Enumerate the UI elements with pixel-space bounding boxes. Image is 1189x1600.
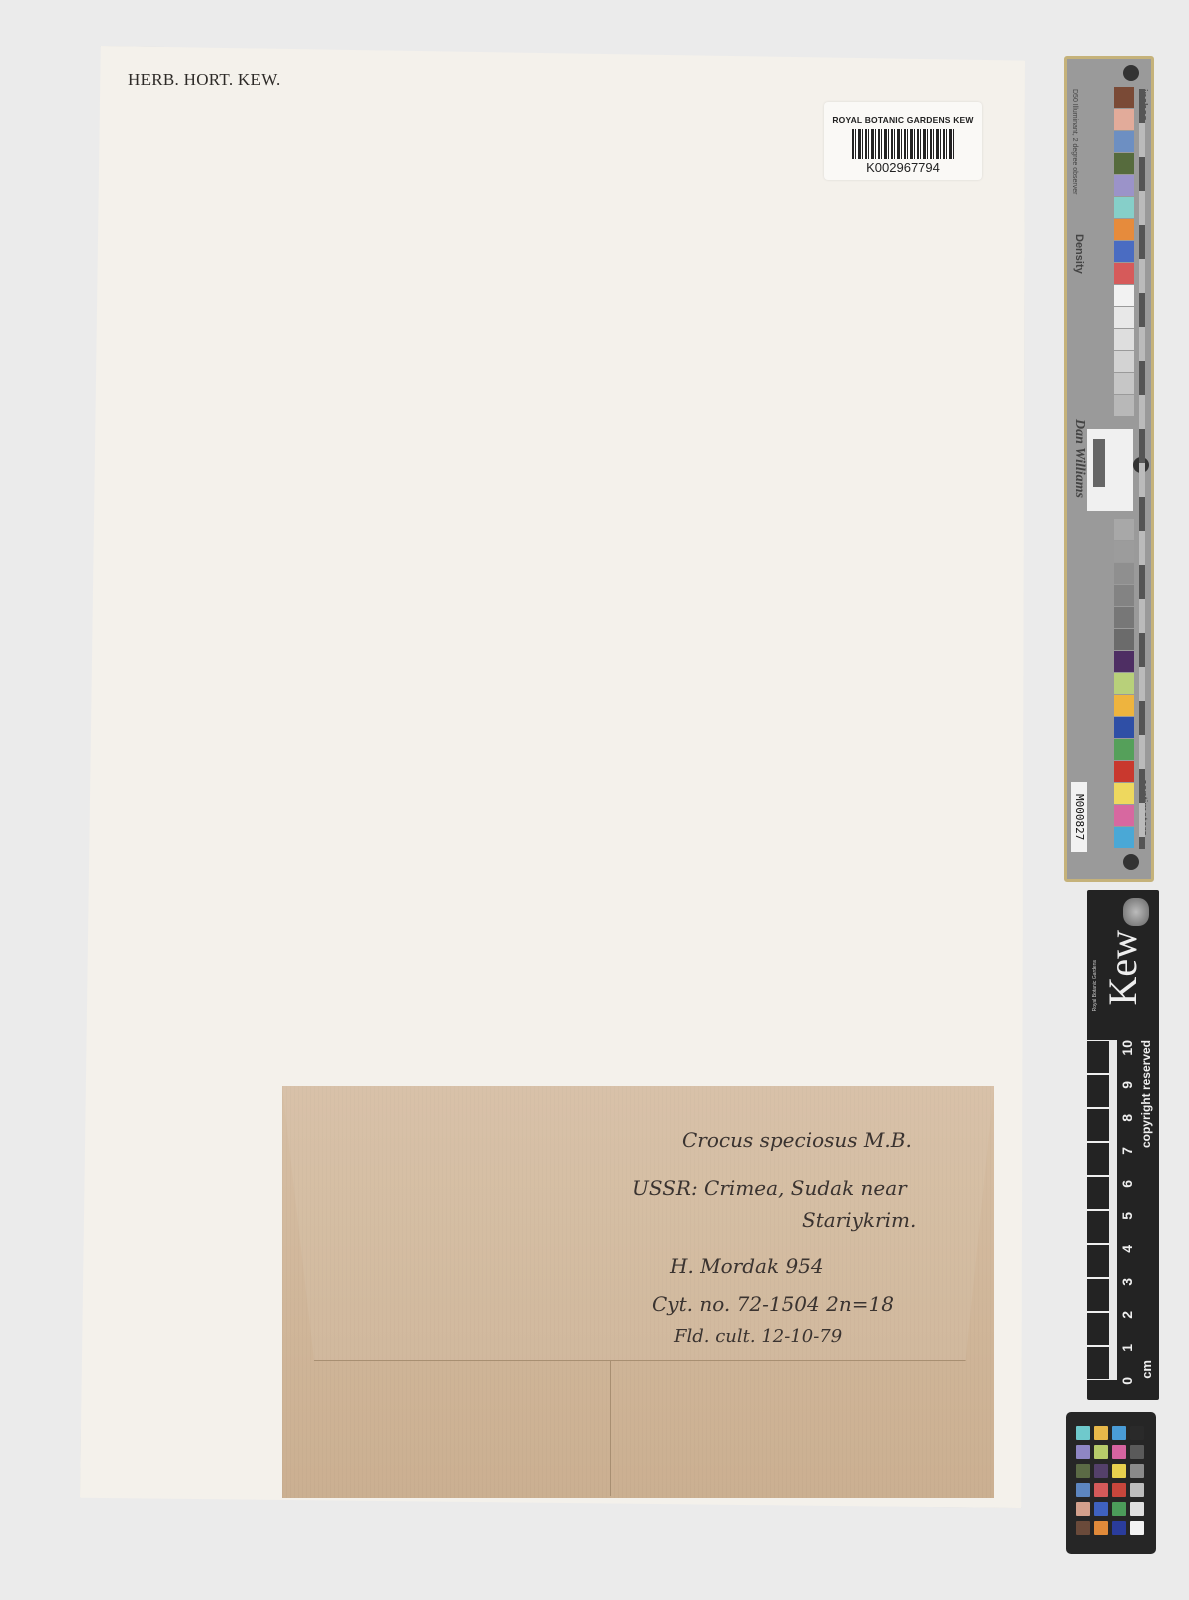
swatch: [1114, 197, 1134, 218]
color-checker-grid: [1076, 1426, 1144, 1535]
cm-7: 7: [1119, 1147, 1137, 1155]
ruler-brand: Dan Williams: [1071, 419, 1087, 498]
checker-cell: [1076, 1464, 1090, 1478]
checker-cell: [1130, 1464, 1144, 1478]
cm-2: 2: [1119, 1311, 1137, 1319]
ruler-ticks: [1139, 89, 1145, 849]
swatch: [1114, 717, 1134, 738]
checker-cell: [1112, 1445, 1126, 1459]
checker-cell: [1076, 1426, 1090, 1440]
swatch: [1114, 563, 1134, 584]
checker-cell: [1130, 1445, 1144, 1459]
cm-3: 3: [1119, 1278, 1137, 1286]
checker-cell: [1112, 1483, 1126, 1497]
cm-scale-blocks: [1087, 1040, 1117, 1380]
cm-scale-numbers: 0 1 2 3 4 5 6 7 8 9 10: [1119, 1040, 1137, 1385]
barcode-label: ROYAL BOTANIC GARDENS KEW K002967794: [824, 102, 982, 180]
checker-cell: [1130, 1521, 1144, 1535]
cm-6: 6: [1119, 1180, 1137, 1188]
swatch: [1114, 241, 1134, 262]
swatch: [1114, 395, 1134, 416]
ruler-density-label: Density: [1073, 234, 1085, 274]
ruler-catalog-number: M000827: [1071, 782, 1087, 852]
swatch: [1114, 607, 1134, 628]
swatch: [1114, 651, 1134, 672]
swatch: [1114, 761, 1134, 782]
swatch: [1114, 329, 1134, 350]
kew-subtitle: Royal Botanic Gardens: [1092, 960, 1098, 1011]
swatch: [1114, 351, 1134, 372]
kew-crest-icon: [1123, 898, 1149, 926]
label-locality: USSR: Crimea, Sudak near: [632, 1176, 907, 1200]
checker-cell: [1094, 1464, 1108, 1478]
checker-cell: [1076, 1445, 1090, 1459]
checker-cell: [1094, 1426, 1108, 1440]
checker-cell: [1112, 1502, 1126, 1516]
cm-4: 4: [1119, 1245, 1137, 1253]
label-collector: H. Mordak 954: [670, 1254, 824, 1278]
label-locality-cont: Stariykrim.: [802, 1208, 916, 1232]
swatch: [1114, 263, 1134, 284]
barcode-number: K002967794: [824, 160, 982, 175]
cm-5: 5: [1119, 1212, 1137, 1220]
checker-cell: [1076, 1521, 1090, 1535]
cm-0: 0: [1119, 1377, 1137, 1385]
swatch: [1114, 153, 1134, 174]
color-calibration-ruler: D50 Illuminant, 2 degree observer Densit…: [1064, 56, 1154, 882]
checker-cell: [1130, 1483, 1144, 1497]
checker-cell: [1112, 1521, 1126, 1535]
ruler-swatches-lower: [1114, 519, 1134, 849]
ruler-density-chart: [1087, 429, 1133, 511]
checker-cell: [1130, 1426, 1144, 1440]
swatch: [1114, 285, 1134, 306]
checker-cell: [1094, 1483, 1108, 1497]
swatch: [1114, 519, 1134, 540]
ruler-hole-top: [1123, 65, 1139, 81]
checker-cell: [1094, 1521, 1108, 1535]
swatch: [1114, 585, 1134, 606]
kew-scale-bar: Kew Royal Botanic Gardens 0 1 2 3 4 5 6 …: [1087, 890, 1159, 1400]
kew-logo: Kew: [1099, 930, 1146, 1006]
swatch: [1114, 109, 1134, 130]
swatch: [1114, 629, 1134, 650]
swatch: [1114, 541, 1134, 562]
swatch: [1114, 783, 1134, 804]
checker-cell: [1130, 1502, 1144, 1516]
specimen-envelope: Crocus speciosus M.B. USSR: Crimea, Suda…: [282, 1086, 994, 1498]
swatch: [1114, 175, 1134, 196]
ruler-swatches-upper: [1114, 87, 1134, 417]
swatch: [1114, 219, 1134, 240]
checker-cell: [1112, 1464, 1126, 1478]
swatch: [1114, 827, 1134, 848]
cm-1: 1: [1119, 1344, 1137, 1352]
checker-cell: [1094, 1502, 1108, 1516]
checker-cell: [1076, 1483, 1090, 1497]
swatch: [1114, 307, 1134, 328]
color-checker-card: [1066, 1412, 1156, 1554]
barcode-institution: ROYAL BOTANIC GARDENS KEW: [824, 115, 982, 125]
swatch: [1114, 695, 1134, 716]
kew-copyright: copyright reserved: [1139, 1040, 1153, 1148]
envelope-seam: [610, 1361, 611, 1496]
label-cytology: Cyt. no. 72-1504 2n=18: [652, 1292, 894, 1316]
swatch: [1114, 373, 1134, 394]
label-taxon: Crocus speciosus M.B.: [682, 1128, 912, 1152]
cm-8: 8: [1119, 1114, 1137, 1122]
ruler-side-note: D50 Illuminant, 2 degree observer: [1071, 89, 1078, 194]
swatch: [1114, 87, 1134, 108]
checker-cell: [1076, 1502, 1090, 1516]
barcode-icon: [852, 129, 954, 159]
label-cultivation-date: Fld. cult. 12-10-79: [674, 1326, 842, 1347]
checker-cell: [1112, 1426, 1126, 1440]
checker-cell: [1094, 1445, 1108, 1459]
swatch: [1114, 739, 1134, 760]
swatch: [1114, 673, 1134, 694]
herbarium-header: HERB. HORT. KEW.: [128, 70, 281, 90]
kew-unit: cm: [1139, 1360, 1154, 1379]
cm-9: 9: [1119, 1081, 1137, 1089]
swatch: [1114, 805, 1134, 826]
ruler-hole-bottom: [1123, 854, 1139, 870]
swatch: [1114, 131, 1134, 152]
cm-10: 10: [1119, 1040, 1137, 1056]
